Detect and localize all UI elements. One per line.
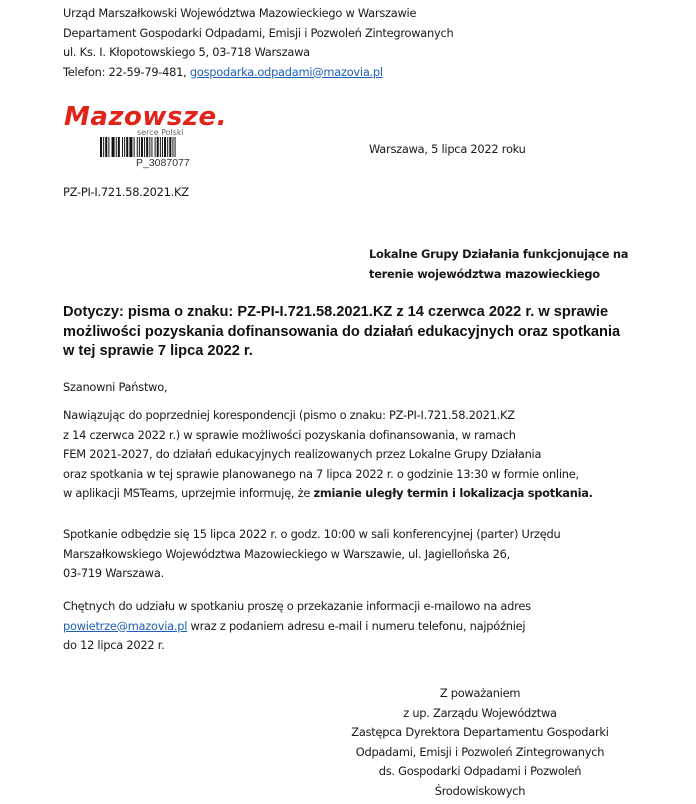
sender-department: Departament Gospodarki Odpadami, Emisji …: [63, 24, 453, 44]
paragraph-line: w aplikacji MSTeams, uprzejmie informuję…: [63, 484, 663, 504]
sender-address: ul. Ks. I. Kłopotowskiego 5, 03-718 Wars…: [63, 43, 453, 63]
reference-number: PZ-PI-I.721.58.2021.KZ: [63, 183, 189, 203]
phone-text: Telefon: 22-59-79-481,: [63, 65, 190, 79]
paragraph-line: Marszałkowskiego Województwa Mazowieckie…: [63, 545, 663, 565]
closing-line: Odpadami, Emisji i Pozwoleń Zintegrowany…: [330, 743, 630, 763]
signature-block: Z poważaniem z up. Zarządu Województwa Z…: [330, 684, 630, 801]
paragraph-2: Spotkanie odbędzie się 15 lipca 2022 r. …: [63, 525, 663, 584]
paragraph-1: Nawiązując do poprzedniej korespondencji…: [63, 406, 663, 504]
closing-line: ds. Gospodarki Odpadami i Pozwoleń: [330, 762, 630, 782]
sender-header: Urząd Marszałkowski Województwa Mazowiec…: [63, 4, 453, 82]
paragraph-line: 03-719 Warszawa.: [63, 564, 663, 584]
closing-line: Zastępca Dyrektora Departamentu Gospodar…: [330, 723, 630, 743]
sender-office: Urząd Marszałkowski Województwa Mazowiec…: [63, 4, 453, 24]
paragraph-line: powietrze@mazovia.pl wraz z podaniem adr…: [63, 617, 663, 637]
paragraph-line: Chętnych do udziału w spotkaniu proszę o…: [63, 597, 663, 617]
addressee-line: terenie województwa mazowieckiego: [369, 265, 628, 285]
logo-tagline: serce Polski: [137, 128, 184, 137]
paragraph-3: Chętnych do udziału w spotkaniu proszę o…: [63, 597, 663, 656]
barcode-number: P_3087077: [136, 157, 190, 169]
addressee: Lokalne Grupy Działania funkcjonujące na…: [369, 245, 628, 284]
closing-line: Środowiskowych: [330, 782, 630, 802]
sender-contact: Telefon: 22-59-79-481, gospodarka.odpada…: [63, 63, 453, 83]
paragraph-line: FEM 2021-2027, do działań edukacyjnych r…: [63, 445, 663, 465]
subject-line: możliwości pozyskania dofinansowania do …: [63, 323, 643, 343]
paragraph-text: w aplikacji MSTeams, uprzejmie informuję…: [63, 486, 314, 500]
subject-line: Dotyczy: pisma o znaku: PZ-PI-I.721.58.2…: [63, 303, 643, 323]
paragraph-line: z 14 czerwca 2022 r.) w sprawie możliwoś…: [63, 426, 663, 446]
paragraph-line: Nawiązując do poprzedniej korespondencji…: [63, 406, 663, 426]
sender-email-link[interactable]: gospodarka.odpadami@mazovia.pl: [190, 65, 383, 79]
paragraph-text: .: [589, 486, 593, 500]
paragraph-text: wraz z podaniem adresu e-mail i numeru t…: [187, 619, 525, 633]
emphasis-text: zmianie uległy termin i lokalizacja spot…: [314, 486, 589, 500]
subject: Dotyczy: pisma o znaku: PZ-PI-I.721.58.2…: [63, 303, 643, 362]
barcode-icon: [100, 137, 220, 157]
closing-line: Z poważaniem: [330, 684, 630, 704]
subject-line: w tej sprawie 7 lipca 2022 r.: [63, 342, 643, 362]
paragraph-line: Spotkanie odbędzie się 15 lipca 2022 r. …: [63, 525, 663, 545]
contact-email-link[interactable]: powietrze@mazovia.pl: [63, 619, 187, 633]
letter-date: Warszawa, 5 lipca 2022 roku: [369, 140, 526, 160]
addressee-line: Lokalne Grupy Działania funkcjonujące na: [369, 245, 628, 265]
paragraph-line: do 12 lipca 2022 r.: [63, 636, 663, 656]
closing-line: z up. Zarządu Województwa: [330, 704, 630, 724]
greeting: Szanowni Państwo,: [63, 378, 167, 398]
paragraph-line: oraz spotkania w tej sprawie planowanego…: [63, 465, 663, 485]
